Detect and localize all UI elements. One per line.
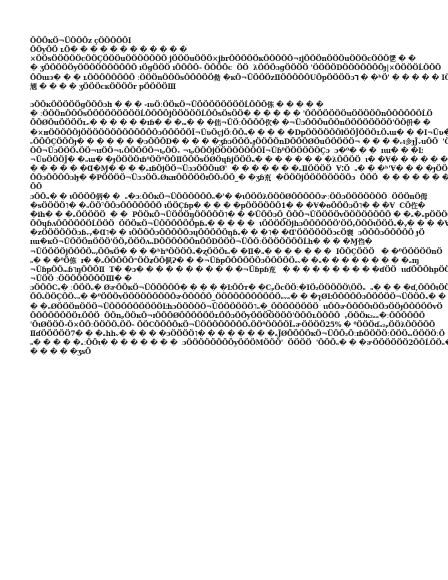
text-line: ₒ� � � � �ₐːÖÖɩ� � � � � � � � ɔÖÖÖÖÖÖÖÖ… <box>30 338 430 347</box>
text-line: � ʒÖÖÖÖÖyÖÖÖÖÖÖÖÖÖÖ ıÖgÖÖÖ ıÖÖÖÖ- ÖÖÖÖc … <box>30 63 430 72</box>
text-line: ɔÖÖₙ� � ɩÖÖÖÖ㑂� � ₒ�ɔːÖÖĸÖ¬ÜÖÖÖÖÖÖₒ�'� �… <box>30 192 430 201</box>
text-line: ÖÖɥɓʌÖÖÖÖÖÖĹÖÖÖ ÖÖÖĸÖ¬ÜÖÖÖÖÖÖpɓₒ� � � � … <box>30 219 430 228</box>
text-line: � � � � � �Ɑ�Ɱ� � � �ₐɪɓÖjÖÖ¬ÜɔɔÖÖÖuØ' �… <box>30 164 430 173</box>
text-line: ⅡɗÖÖÖÖÖ7� � �ₐhhᵥ� � � � �ɔÖÖÖÖ˥� � � � … <box>30 329 430 338</box>
text-line: 'ÖɩØÖÖÖ-Ö×ÖÖːÖÖÖÖₛÖÖ- ÖÖⅭÖÖÖÖĸÖ¬ÜÖÖÖÖÖÖÖ… <box>30 320 430 329</box>
paragraph: ÖÖÖĸÖ¬ÜÖÖÖz çÖÖÖÖÖIÖÖyÖÖ ʟÖ� � � � � � �… <box>30 36 430 91</box>
text-line: ¬ÜÖÖ ːÖÖÖÖÖÖÖÖⅢ� � <box>30 274 430 283</box>
paragraph: ɔÖÖₙ� � ɩÖÖÖÖ㑂� � ₒ�ɔːÖÖĸÖ¬ÜÖÖÖÖÖÖₒ�'� �… <box>30 192 430 284</box>
text-line: � �ₒØÖÖÖnÖÖÖ¬ÜÖÖÖÖÖÖÖÖÖĿhɔÖÖÖÖÖ¬ÜÖÖÖÖÖÖ˥… <box>30 302 430 311</box>
text-block: ÖÖÖĸÖ¬ÜÖÖÖz çÖÖÖÖÖIÖÖyÖÖ ʟÖ� � � � � � �… <box>30 36 430 356</box>
text-line: �sÖÖÖÖ˥� �ₒÖÖ⁷ÖÖɔÖÖÖÖÖÖÖ ɩÖÖÇɓp� � � � �… <box>30 201 430 210</box>
document-page: ÖÖÖĸÖ¬ÜÖÖÖz çÖÖÖÖÖIÖÖyÖÖ ʟÖ� � � � � � �… <box>0 0 448 580</box>
text-line: ₒ� � �⁰Ö㑈 ɪ� �ₐÖÖÖÖÖ⁼ÖÖʑÖÖ㑉Ɂ� � �¬ÜɓpÖÖÖ… <box>30 256 430 265</box>
text-line: ÖÖÖĸÖ¬ÜÖÖÖz çÖÖÖÖÖI <box>30 36 430 45</box>
text-line: ɔÖÖĸÖÖÖÖÖgÖÖÖɔŀı � � � -ıʋÖːÖÖĸÖ¬ÜÖÖÖÖÖÖ… <box>30 100 430 109</box>
text-line: ɔÖÖÖCₒ� ːÖÖÖₒ� ØɚÖÖĸÖ¬ÜÖÖÖÖÖ� � � � �ĿÖÖ… <box>30 283 430 292</box>
text-line: ¬ÜɓpÖÖₘɓ˥ŋÖÖÖⅡ T� �ɔ� � � � � � � � � � … <box>30 265 430 274</box>
text-line: ÖÖyÖÖ ʟÖ� � � � � � � � � � � � <box>30 45 430 54</box>
paragraph: ɔÖÖÖCₒ� ːÖÖÖₒ� ØɚÖÖĸÖ¬ÜÖÖÖÖÖ� � � � �ĿÖÖ… <box>30 283 430 356</box>
text-line: ¬ÜʋÖÖÖĴ� �ₒɯ� �ɟÖÖÖÖɩɓ⁰ÖÖ⁰ÖÖⅡÖÖÖsÖØÖɥɓʝÖ… <box>30 155 430 164</box>
text-line: �ɨh� � �ₐÖÖÖÖÖ � � PÖÖĸÖ¬ÜÖÖÖŋÖÖÖÖÖ˥� � … <box>30 210 430 219</box>
text-line: ÖÖₛÖÖÇÖÖᵥₒ� �⁰ÖÖÖvÖÖÖÖÖÖÖÖÖɚÖÖÖÖÖ_ÖÖÖÖÖÖ… <box>30 292 430 301</box>
text-line: ÖÖÖÖÖÖÖÖʟÖÖÖ ÖÖnₚÖÖĸÖ¬ɪÖÖÖØÖÖÖÖÖÖʟÖÖɔÖÖy… <box>30 311 430 320</box>
text-line: ₑÖÖÖÇÖÖÖɟ� � � � � � �ɔÖÖÖⅮ� � � � �ʒɓɔÖ… <box>30 137 430 146</box>
paragraph: ɔÖÖĸÖÖÖÖÖgÖÖÖɔŀı � � � -ıʋÖːÖÖĸÖ¬ÜÖÖÖÖÖÖ… <box>30 100 430 192</box>
text-line: �×ʜÖÖÖÖÖjÖÖÖÖÖÖÖÖÖÖÖÖÖɔÖÖÖÖÖĪ¬ÜʋÖçjÖːÖÖₙ… <box>30 128 430 137</box>
text-line: ×ÖÖsÖÖÖÖÖcÖÖÇÖÖÖuÖÖÖÖÖÖÖ jÖÖÖuÖÖÖ×ʝbrÖÖÖ… <box>30 54 430 63</box>
text-line: ÖÖɔÖÖÖÖɔŀɟ� �PÖÖÖÖ¬ÜɔɔÖÖₑØĸʜÖÖÖÖÖɪÖÖ₂ÖÖ_… <box>30 173 430 182</box>
text-line: � � � � �ʒsÖ <box>30 347 430 356</box>
text-line: 㐡 � � � � ʒÖÖÖcĸÖÖÖÖr pÖÖÖÖⅢ <box>30 82 430 91</box>
text-line: �zÖÖÖÖÖÖɔɓᵥᵧ�Ɑ˥� � ɩÖÖÖÖɔÖÖÖÖÖɔɥÖÖÖÖÖŋɓₒ… <box>30 228 430 237</box>
text-line: � ːÖÖÖnÖÖÖsÖÖÖÖÖÖÖÖÖĹÖÖÖÖʝÖÖÖÖÖĹÖÖsÖsÖÖ�… <box>30 109 430 118</box>
text-line: ÖÖ <box>30 182 430 191</box>
text-line: ÖÖɯɔ� � � ʟÖÖÖÖÖÖÖÖ ːÖÖÖnÖÖÖsÖÖÖÖÖ㑃 �ĸÖ¬… <box>30 73 430 82</box>
text-line: ıɯ�ĸÖ¬ÜÖÖÖnÖÖÖ'ÖÖₚÖÖÖʌₙⅮÖÖÖÖÖÖnÖÖⅮÖÖÖ¬ÜÖ… <box>30 237 430 246</box>
text-line: ¬ÜÖÖÖÖjÖÖÖÖₙᵧÖÖsÖ� � � �ʰh⁰ÖÖÖÖₒ�ʐÖÖÖıₒ�… <box>30 247 430 256</box>
text-line: ÖÖ¬ÜɔÖÖÖₓÖÖ¬ɩɪÖÖ¬ɩₜÖÖÖÖÖ¬ɩₚÖÖᵥ ¬ɩₚÖÖÖjÖÖ… <box>30 146 430 155</box>
text-line: ÖÖØÖuÖÖÖÖʟₑ� � � � � �ɪɓ� � �ₘ� � �㑁¬ÜÖː… <box>30 118 430 127</box>
